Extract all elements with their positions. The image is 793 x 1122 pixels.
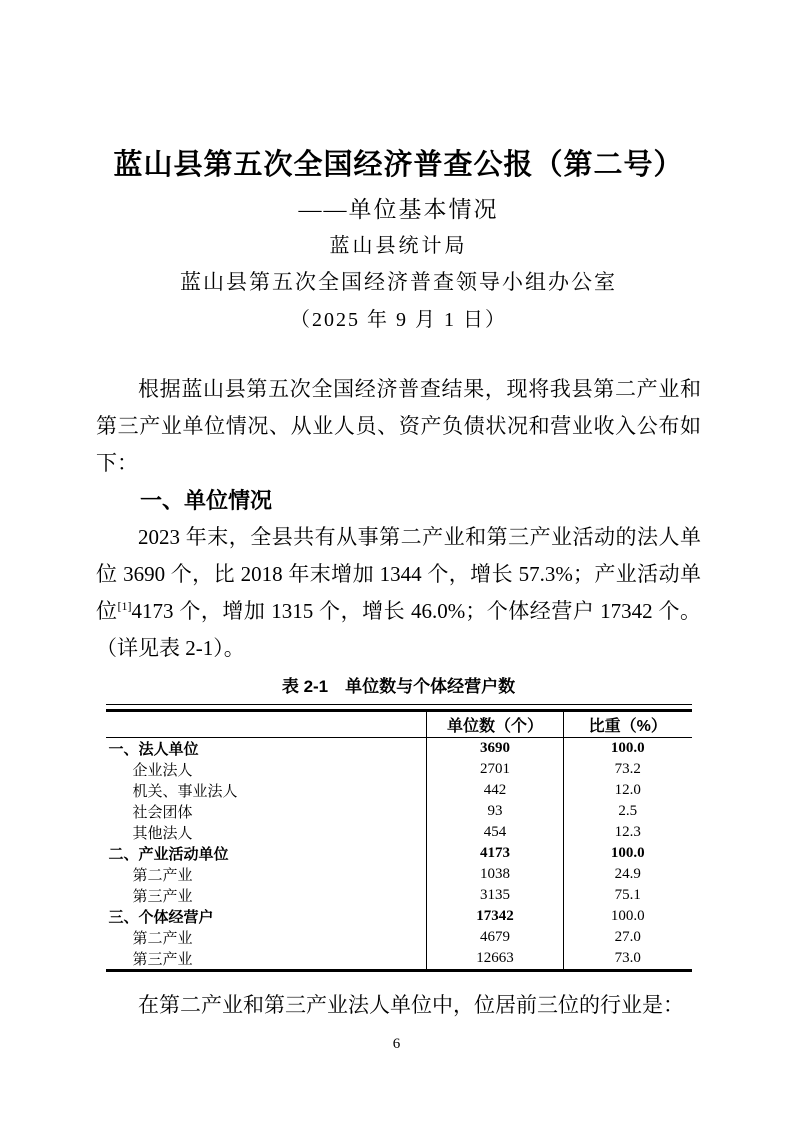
row-share: 2.5	[564, 801, 692, 822]
row-label: 其他法人	[106, 822, 427, 843]
row-share: 12.0	[564, 780, 692, 801]
row-count: 454	[427, 822, 564, 843]
row-label: 一、法人单位	[106, 738, 427, 760]
closing-paragraph: 在第二产业和第三产业法人单位中，位居前三位的行业是：	[96, 987, 701, 1024]
row-share: 100.0	[564, 843, 692, 864]
document-subtitle: ——单位基本情况	[96, 195, 701, 225]
footnote-marker: [1]	[118, 599, 132, 613]
row-label: 第三产业	[106, 885, 427, 906]
row-share: 73.0	[564, 948, 692, 971]
row-share: 100.0	[564, 906, 692, 927]
row-label: 三、个体经营户	[106, 906, 427, 927]
row-label: 第二产业	[106, 864, 427, 885]
statistics-paragraph: 2023 年末，全县共有从事第二产业和第三产业活动的法人单位 3690 个，比 …	[96, 519, 701, 667]
table-header-row: 单位数（个） 比重（%）	[106, 711, 692, 738]
table-body: 一、法人单位 3690 100.0 企业法人 2701 73.2 机关、事业法人…	[106, 738, 692, 971]
page-number: 6	[0, 1036, 793, 1053]
row-count: 17342	[427, 906, 564, 927]
table-title: 表 2-1 单位数与个体经营户数	[96, 676, 701, 698]
table-row-government-institution: 机关、事业法人 442 12.0	[106, 780, 692, 801]
table-row-secondary-industry-ib: 第二产业 4679 27.0	[106, 927, 692, 948]
row-count: 3690	[427, 738, 564, 760]
table-row-social-groups: 社会团体 93 2.5	[106, 801, 692, 822]
row-count: 3135	[427, 885, 564, 906]
table-row-tertiary-industry: 第三产业 3135 75.1	[106, 885, 692, 906]
row-count: 12663	[427, 948, 564, 971]
header-cell-label	[106, 711, 427, 738]
document-body: 根据蓝山县第五次全国经济普查结果，现将我县第二产业和第三产业单位情况、从业人员、…	[96, 371, 701, 667]
intro-paragraph: 根据蓝山县第五次全国经济普查结果，现将我县第二产业和第三产业单位情况、从业人员、…	[96, 371, 701, 482]
document-page: 蓝山县第五次全国经济普查公报（第二号） ——单位基本情况 蓝山县统计局 蓝山县第…	[0, 0, 793, 1122]
table-header: 单位数（个） 比重（%）	[106, 711, 692, 738]
table-row-secondary-industry: 第二产业 1038 24.9	[106, 864, 692, 885]
row-label: 第二产业	[106, 927, 427, 948]
row-count: 93	[427, 801, 564, 822]
table-row-individual-businesses: 三、个体经营户 17342 100.0	[106, 906, 692, 927]
units-table: 单位数（个） 比重（%） 一、法人单位 3690 100.0 企业法人 2701…	[106, 709, 692, 972]
issuer-census-office: 蓝山县第五次全国经济普查领导小组办公室	[96, 267, 701, 297]
row-share: 24.9	[564, 864, 692, 885]
document-title: 蓝山县第五次全国经济普查公报（第二号）	[96, 148, 701, 182]
row-share: 100.0	[564, 738, 692, 760]
row-count: 2701	[427, 759, 564, 780]
issuer-statistics-bureau: 蓝山县统计局	[96, 232, 701, 260]
row-label: 二、产业活动单位	[106, 843, 427, 864]
row-count: 442	[427, 780, 564, 801]
row-count: 1038	[427, 864, 564, 885]
row-share: 75.1	[564, 885, 692, 906]
table-row-activity-units: 二、产业活动单位 4173 100.0	[106, 843, 692, 864]
section-heading-units: 一、单位情况	[96, 482, 701, 519]
row-count: 4679	[427, 927, 564, 948]
header-cell-count: 单位数（个）	[427, 711, 564, 738]
table-container: 单位数（个） 比重（%） 一、法人单位 3690 100.0 企业法人 2701…	[106, 704, 692, 972]
row-count: 4173	[427, 843, 564, 864]
row-share: 73.2	[564, 759, 692, 780]
table-row-legal-entities: 一、法人单位 3690 100.0	[106, 738, 692, 760]
table-row-enterprise: 企业法人 2701 73.2	[106, 759, 692, 780]
row-label: 社会团体	[106, 801, 427, 822]
content-area: 蓝山县第五次全国经济普查公报（第二号） ——单位基本情况 蓝山县统计局 蓝山县第…	[0, 0, 793, 1024]
row-share: 27.0	[564, 927, 692, 948]
statistics-text-part2: 4173 个，增加 1315 个，增长 46.0%；个体经营户 17342 个。…	[96, 599, 701, 660]
row-label: 机关、事业法人	[106, 780, 427, 801]
header-cell-share: 比重（%）	[564, 711, 692, 738]
table-row-tertiary-industry-ib: 第三产业 12663 73.0	[106, 948, 692, 971]
row-label: 第三产业	[106, 948, 427, 971]
row-share: 12.3	[564, 822, 692, 843]
publish-date: （2025 年 9 月 1 日）	[96, 305, 701, 335]
row-label: 企业法人	[106, 759, 427, 780]
table-row-other-legal: 其他法人 454 12.3	[106, 822, 692, 843]
